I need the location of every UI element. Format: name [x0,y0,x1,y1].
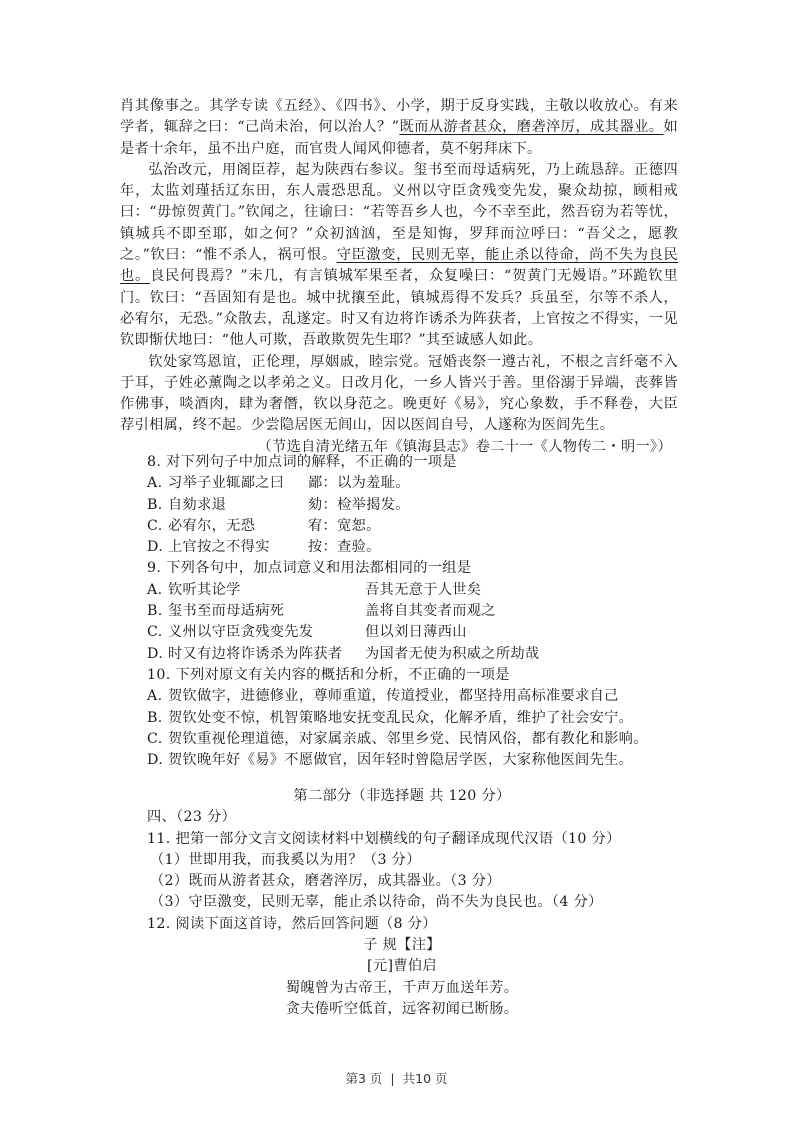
passage-paragraph-1: 肖其像事之。其学专读《五经》、《四书》、小学，期于反身实践，主敬以收放心。有来学… [120,96,678,160]
option-c: C.义州以守臣贪残变先发但以刘日薄西山 [147,622,687,643]
option-text: 贺钦重视伦理道德，对家属亲戚、邻里乡党、民情风俗，都有教化和影响。 [168,729,648,750]
multiple-choice-questions: 8. 对下列句子中加点词的解释，不正确的一项是 A.习举子业辄鄙之曰鄙：以为羞耻… [147,452,687,771]
option-sentence-2: 但以刘日薄西山 [365,622,467,643]
option-explanation: 按：查验。 [308,537,381,558]
option-label: C. [147,516,168,537]
option-text: 贺钦晚年好《易》不愿做官，因年轻时曾隐居学医，大家称他医闾先生。 [168,750,633,771]
option-b: B.自劾求退劾：检举揭发。 [147,495,687,516]
option-explanation: 鄙：以为羞耻。 [308,473,410,494]
question-11-item-3: （3）守臣激变，民则无辜，能止杀以待命，尚不失为良民也。（4 分） [147,892,687,913]
question-11-stem: 11. 把第一部分文言文阅读材料中划横线的句子翻译成现代汉语（10 分） [147,829,687,850]
option-c: C.必宥尔，无恐宥：宽恕。 [147,516,687,537]
question-12-stem: 12. 阅读下面这首诗，然后回答问题（8 分） [147,914,687,935]
question-8: 8. 对下列句子中加点词的解释，不正确的一项是 A.习举子业辄鄙之曰鄙：以为羞耻… [147,452,687,558]
option-label: B. [147,495,168,516]
section-heading: 四、（23 分） [147,807,687,828]
option-a: A.贺钦做字，进德修业，尊师重道，传道授业，都坚持用高标准要求自己 [147,686,687,707]
part-two-title: 第二部分（非选择题 共 120 分） [147,786,687,807]
option-label: D. [147,750,168,771]
page-total: 共10 页 [403,1071,448,1086]
page-number: 第3 页 [345,1071,382,1086]
option-sentence-1: 钦听其论学 [168,580,365,601]
passage-text: 良民何畏焉？”未几，有言镇城军果至者，众复噪曰：“贺黄门无嫚语。”环跪钦里门。钦… [120,268,678,348]
option-label: C. [147,622,168,643]
option-sentence: 上官按之不得实 [168,537,308,558]
footer-separator: | [390,1071,394,1086]
question-11-item-2: （2）既而从游者甚众，磨砻淬厉，成其器业。（3 分） [147,871,687,892]
option-explanation: 宥：宽恕。 [308,516,381,537]
option-a: A.习举子业辄鄙之曰鄙：以为羞耻。 [147,473,687,494]
option-label: A. [147,473,168,494]
question-stem: 9. 下列各句中，加点词意义和用法都相同的一组是 [147,558,687,579]
option-label: A. [147,686,168,707]
option-sentence: 必宥尔，无恐 [168,516,308,537]
poem-line-2: 贪夫倦听空低首，远客初闻已断肠。 [147,999,687,1020]
option-b: B.贺钦处变不惊，机智策略地安抚变乱民众，化解矛盾，维护了社会安宁。 [147,708,687,729]
option-d: D.贺钦晚年好《易》不愿做官，因年轻时曾隐居学医，大家称他医闾先生。 [147,750,687,771]
option-text: 贺钦做字，进德修业，尊师重道，传道授业，都坚持用高标准要求自己 [168,686,619,707]
option-sentence-1: 义州以守臣贪残变先发 [168,622,365,643]
option-sentence-2: 为国者无使为积威之所劫哉 [365,644,539,665]
passage-paragraph-2: 弘治改元，用阁臣荐，起为陕西右参议。玺书至而母适病死，乃上疏恳辞。正德四年，太监… [120,160,678,352]
option-label: C. [147,729,168,750]
option-label: B. [147,601,168,622]
option-text: 贺钦处变不惊，机智策略地安抚变乱民众，化解矛盾，维护了社会安宁。 [168,708,633,729]
poem-line-1: 蜀魄曾为古帝王，千声万血送年芳。 [147,978,687,999]
classical-chinese-passage: 肖其像事之。其学专读《五经》、《四书》、小学，期于反身实践，主敬以收放心。有来学… [120,96,678,458]
option-sentence-2: 吾其无意于人世矣 [365,580,481,601]
option-sentence: 自劾求退 [168,495,308,516]
option-label: B. [147,708,168,729]
question-11-item-1: （1）世即用我，而我奚以为用？（3 分） [147,850,687,871]
option-sentence-2: 盖将自其变者而观之 [365,601,496,622]
option-label: D. [147,644,168,665]
option-b: B.玺书至而母适病死盖将自其变者而观之 [147,601,687,622]
question-stem: 10. 下列对原文有关内容的概括和分析，不正确的一项是 [147,665,687,686]
question-10: 10. 下列对原文有关内容的概括和分析，不正确的一项是 A.贺钦做字，进德修业，… [147,665,687,771]
question-stem: 8. 对下列句子中加点词的解释，不正确的一项是 [147,452,687,473]
part-two-section: 第二部分（非选择题 共 120 分） 四、（23 分） 11. 把第一部分文言文… [147,786,687,1020]
option-sentence: 习举子业辄鄙之曰 [168,473,308,494]
option-d: D.上官按之不得实按：查验。 [147,537,687,558]
option-label: D. [147,537,168,558]
option-a: A.钦听其论学吾其无意于人世矣 [147,580,687,601]
option-d: D.时又有边将诈诱杀为阵获者为国者无使为积威之所劫哉 [147,644,687,665]
poem-author: [元]曹伯启 [147,956,687,977]
option-c: C.贺钦重视伦理道德，对家属亲戚、邻里乡党、民情风俗，都有教化和影响。 [147,729,687,750]
underlined-sentence: 既而从游者甚众，磨砻淬厉，成其器业。 [399,119,663,135]
poem-title: 子 规【注】 [147,935,687,956]
passage-text: 钦处家笃恩谊，正伦理，厚姻戚，睦宗党。冠婚丧祭一遵古礼，不根之言纤毫不入于耳，子… [120,354,678,434]
option-explanation: 劾：检举揭发。 [308,495,410,516]
question-9: 9. 下列各句中，加点词意义和用法都相同的一组是 A.钦听其论学吾其无意于人世矣… [147,558,687,664]
page-footer: 第3 页|共10 页 [0,1069,793,1087]
document-page: 肖其像事之。其学专读《五经》、《四书》、小学，期于反身实践，主敬以收放心。有来学… [0,0,793,1122]
option-sentence-1: 时又有边将诈诱杀为阵获者 [168,644,365,665]
passage-paragraph-3: 钦处家笃恩谊，正伦理，厚姻戚，睦宗党。冠婚丧祭一遵古礼，不根之言纤毫不入于耳，子… [120,352,678,437]
option-label: A. [147,580,168,601]
option-sentence-1: 玺书至而母适病死 [168,601,365,622]
